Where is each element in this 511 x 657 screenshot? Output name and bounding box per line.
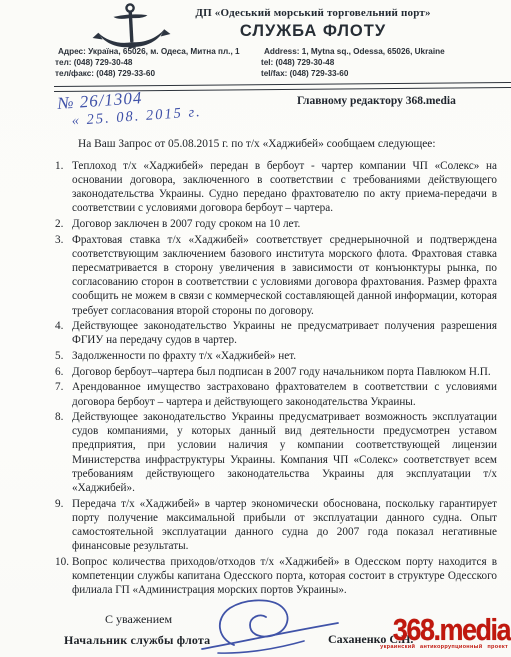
- intro-paragraph: На Ваш Запрос от 05.08.2015 г. по т/х «Х…: [55, 138, 497, 150]
- recipient-line: Главному редактору 368.media: [297, 95, 456, 107]
- signer-position: Начальник службы флота: [64, 633, 210, 648]
- phone-line: tel: (048) 729-30-48: [261, 58, 506, 69]
- item-number: 6.: [55, 365, 72, 379]
- item-text: Задолженности по фрахту т/х «Хаджибей» н…: [72, 349, 497, 363]
- closing-regards: С уважением: [105, 612, 172, 627]
- item-number: 7.: [55, 380, 72, 408]
- item-text: Арендованное имущество застраховано фрах…: [72, 380, 497, 408]
- list-item: 10.Вопрос количества приходов/отходов т/…: [55, 555, 497, 597]
- list-item: 9.Передача т/х «Хаджибей» в чартер эконо…: [55, 497, 497, 554]
- item-number: 1.: [55, 159, 72, 216]
- address-line: Address: 1, Mytna sq., Odessa, 65026, Uk…: [261, 47, 506, 58]
- item-number: 5.: [55, 349, 72, 363]
- list-item: 8.Действующее законодательство Украины п…: [55, 410, 497, 495]
- address-block-ua: Адрес: Україна, 65026, м. Одеса, Митна п…: [55, 47, 260, 79]
- item-number: 2.: [55, 217, 72, 231]
- watermark-logo: 368.media: [376, 613, 510, 647]
- item-number: 10.: [55, 555, 72, 597]
- item-text: Договор бербоут–чартера был подписан в 2…: [72, 365, 497, 379]
- item-text: Вопрос количества приходов/отходов т/х «…: [72, 555, 497, 597]
- dept-name: СЛУЖБА ФЛОТУ: [193, 22, 433, 41]
- list-item: 4.Действующее законодательство Украины н…: [55, 319, 497, 347]
- list-item: 5.Задолженности по фрахту т/х «Хаджибей»…: [55, 349, 497, 363]
- item-text: Передача т/х «Хаджибей» в чартер экономи…: [72, 497, 497, 554]
- item-text: Договор заключен в 2007 году сроком на 1…: [72, 217, 497, 231]
- anchor-icon: [85, 0, 177, 52]
- item-number: 4.: [55, 319, 72, 347]
- list-item: 6.Договор бербоут–чартера был подписан в…: [55, 365, 497, 379]
- letterhead-titles: ДП «Одеський морський торговельний порт»…: [193, 7, 433, 41]
- item-text: Действующее законодательство Украины пре…: [72, 410, 497, 495]
- list-item: 2.Договор заключен в 2007 году сроком на…: [55, 217, 497, 231]
- signature-icon: [200, 597, 340, 657]
- watermark-368media: 368.media украинский антикоррупционный п…: [376, 613, 510, 650]
- handwritten-ref: № 26/1304 « 25. 08. 2015 г.: [57, 85, 202, 131]
- scanned-letter-page: ДП «Одеський морський торговельний порт»…: [0, 0, 511, 657]
- item-text: Теплоход т/х «Хаджибей» передан в бербоу…: [72, 159, 497, 216]
- item-text: Фрахтовая ставка т/х «Хаджибей» соответс…: [72, 233, 497, 318]
- list-item: 1.Теплоход т/х «Хаджибей» передан в берб…: [55, 159, 497, 216]
- phone-line: тел: (048) 729-30-48: [55, 58, 260, 69]
- item-number: 9.: [55, 497, 72, 554]
- fax-line: тел/факс: (048) 729-33-60: [55, 69, 260, 80]
- item-number: 8.: [55, 410, 72, 495]
- fax-line: tel/fax: (048) 729-33-60: [261, 69, 506, 80]
- list-item: 3.Фрахтовая ставка т/х «Хаджибей» соотве…: [55, 233, 497, 318]
- org-name: ДП «Одеський морський торговельний порт»: [193, 7, 433, 19]
- address-block-en: Address: 1, Mytna sq., Odessa, 65026, Uk…: [261, 47, 506, 79]
- list-item: 7.Арендованное имущество застраховано фр…: [55, 380, 497, 408]
- item-text: Действующее законодательство Украины не …: [72, 319, 497, 347]
- numbered-list: 1.Теплоход т/х «Хаджибей» передан в берб…: [55, 159, 497, 599]
- item-number: 3.: [55, 233, 72, 318]
- address-line: Адрес: Україна, 65026, м. Одеса, Митна п…: [55, 47, 260, 58]
